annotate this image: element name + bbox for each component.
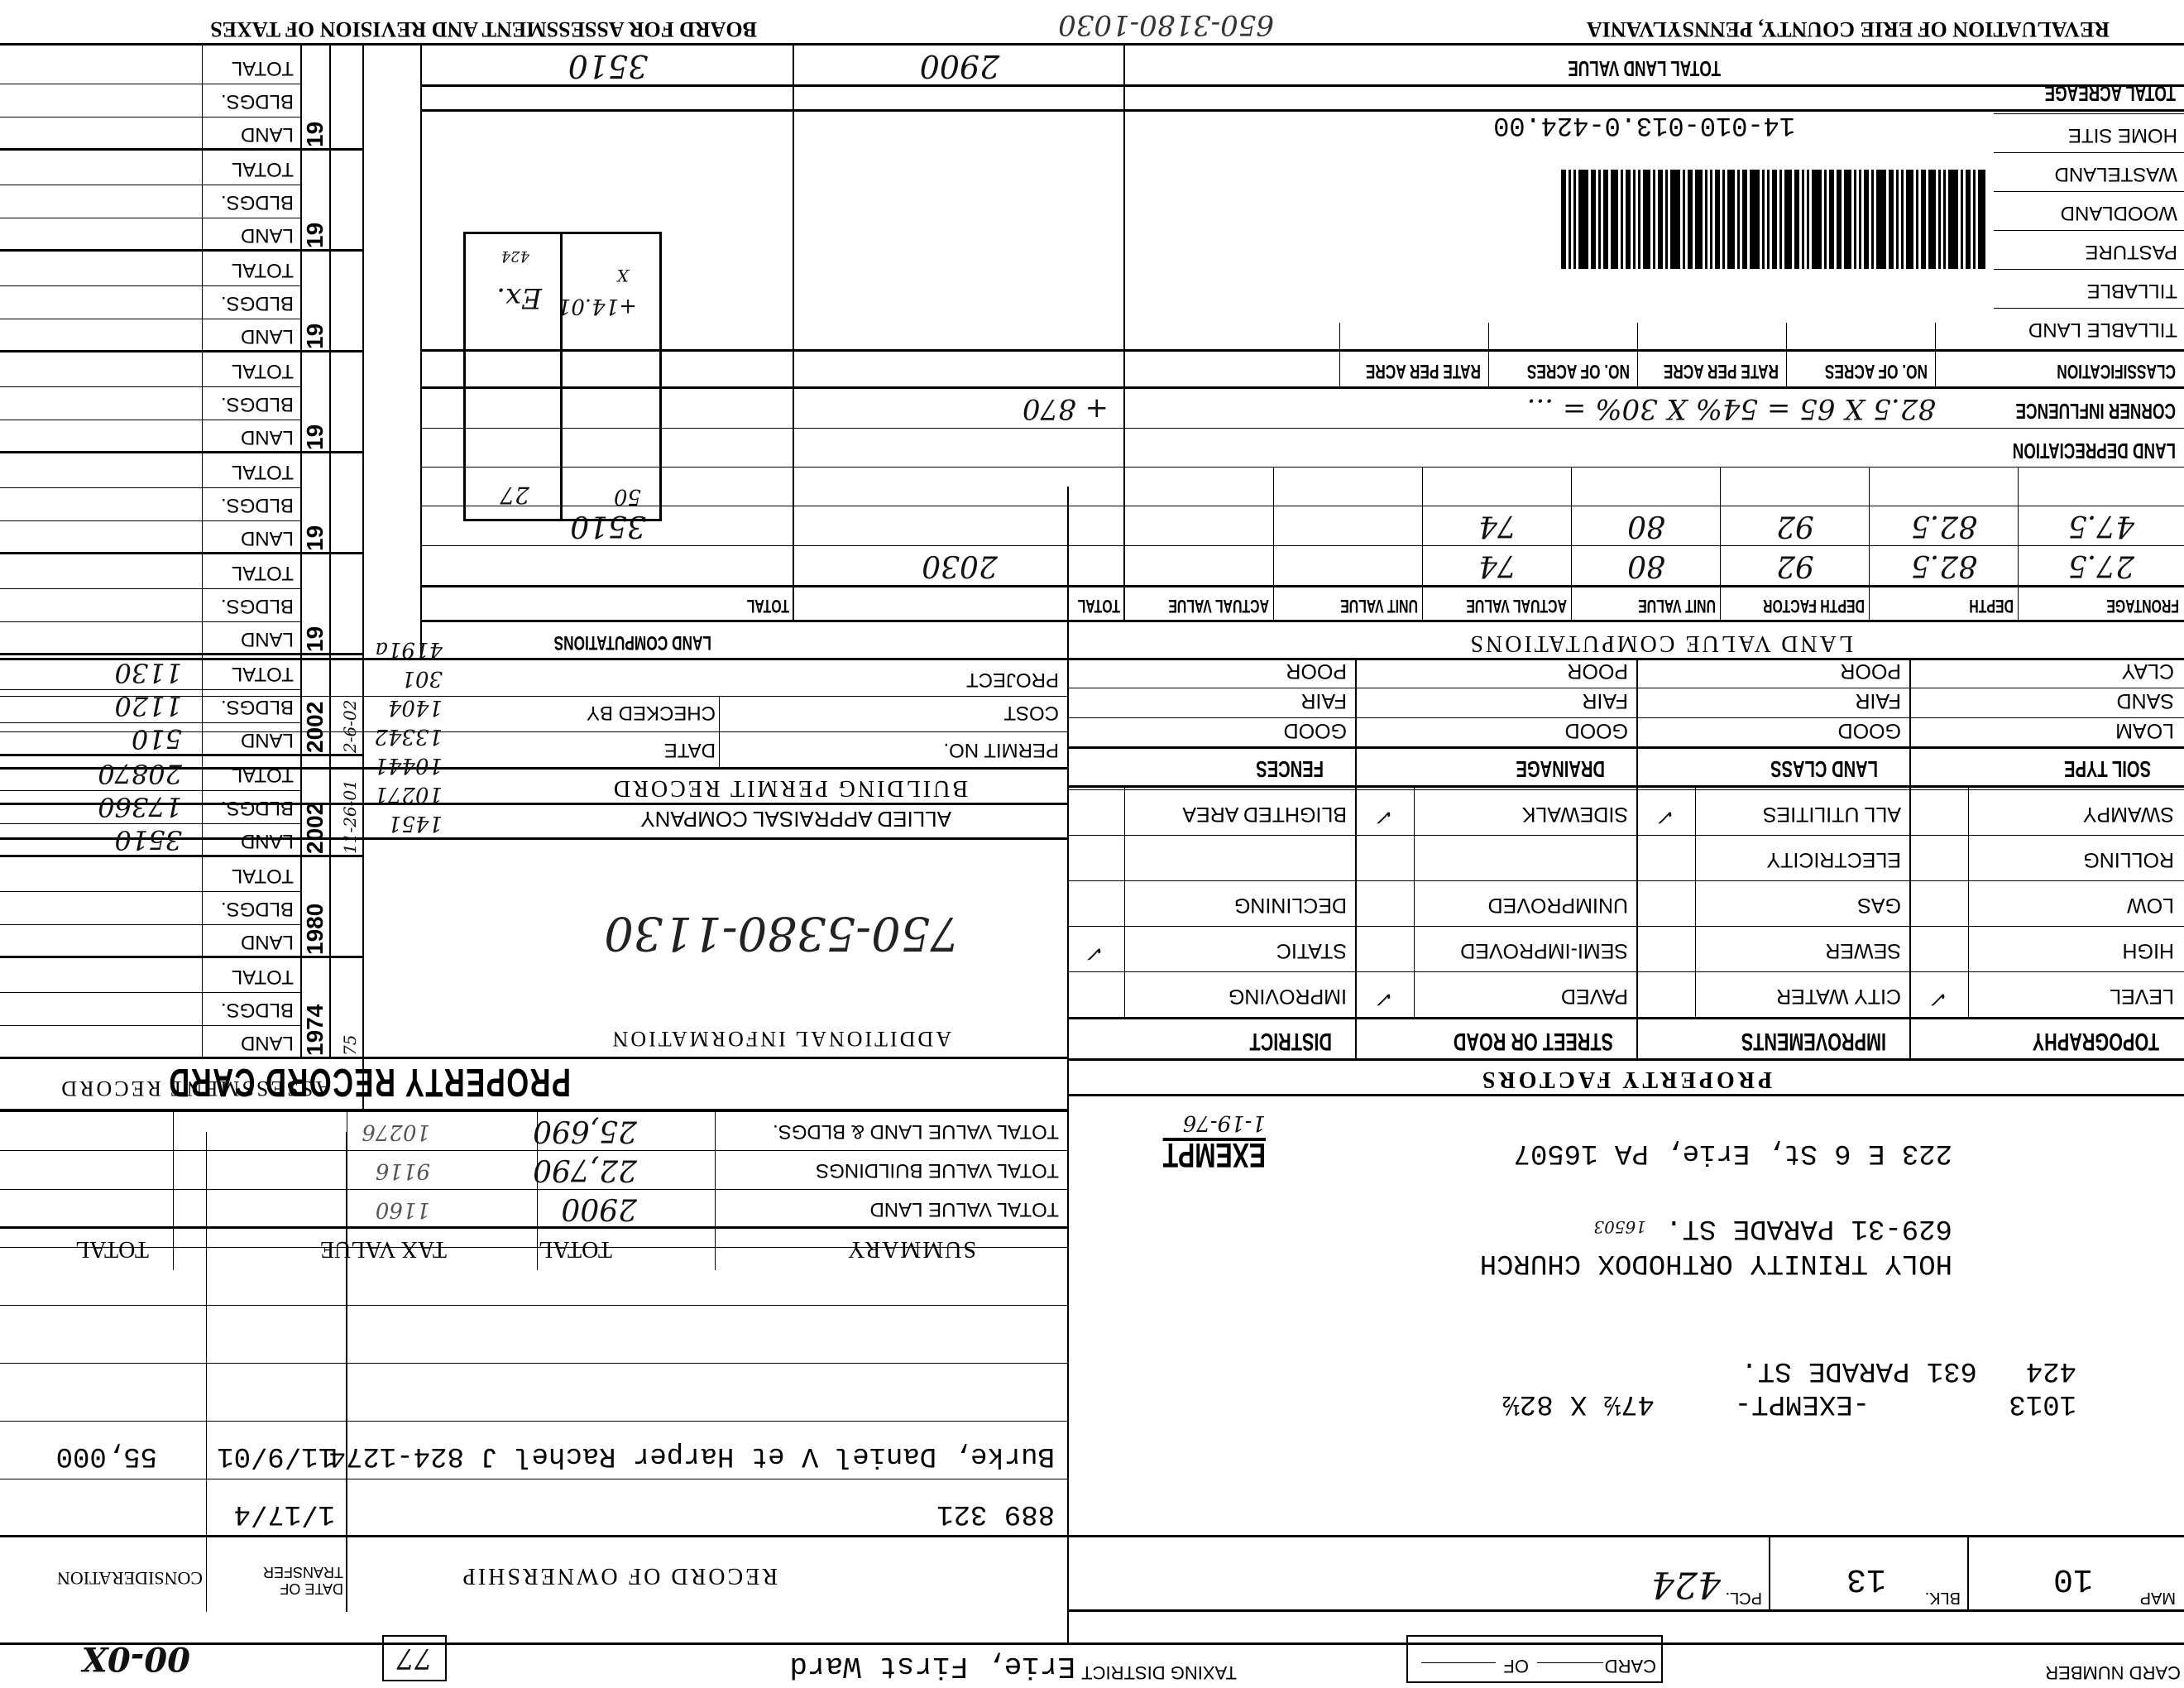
factor-option: IMPROVING [1228, 984, 1347, 1008]
assessment-row-label: BLDGS. [221, 291, 294, 314]
land-value-cell: 2030 [794, 549, 1125, 583]
barcode [1340, 153, 1985, 269]
assessment-row-label: LAND [241, 627, 294, 650]
class-col-header: CLASSIFICATION [2057, 359, 2176, 382]
factor-option: ALL UTILITIES [1763, 802, 1901, 826]
barcode-bar [1715, 170, 1720, 269]
factor-option: CLAY [2122, 659, 2174, 683]
factor-option: UNIMPROVED [1488, 893, 1628, 917]
factor-option: ROLLING [2083, 847, 2174, 871]
assessment-row-label: BLDGS. [221, 392, 294, 415]
assessment-row-label: LAND [241, 425, 294, 448]
barcode-bar [1871, 170, 1874, 269]
barcode-bar [1837, 170, 1842, 269]
assessment-row-label: LAND [241, 223, 294, 247]
assessment-row-label: TOTAL [232, 763, 294, 786]
barcode-bar [1569, 170, 1571, 269]
factor-col-header: LAND CLASS [1770, 755, 1878, 782]
summary-total-header-2: TOTAL [75, 1235, 149, 1262]
owner-address: 629-31 PARADE ST. [1665, 1212, 1952, 1244]
barcode-bar [1938, 170, 1941, 269]
barcode-bar [1762, 170, 1765, 269]
assessment-year: 1980 [302, 904, 328, 955]
assessment-row-label: TOTAL [232, 561, 294, 584]
assessment-year: 2002 [302, 803, 328, 854]
land-col-header: DEPTH [1865, 595, 2014, 616]
factor-option: FAIR [1300, 688, 1347, 712]
barcode-bar [1916, 170, 1918, 269]
permit-date-label: DATE [664, 738, 716, 761]
barcode-bar [1578, 170, 1588, 269]
summary-title: SUMMARY [846, 1235, 976, 1262]
permit-note: 1404 [388, 695, 443, 720]
assessment-row-label: BLDGS. [221, 190, 294, 213]
assessment-row-label: BLDGS. [221, 89, 294, 113]
factor-option: BLIGHTED AREA [1182, 802, 1347, 826]
board-title: BOARD FOR ASSESSMENT AND REVISION OF TAX… [210, 17, 757, 41]
factor-checkbox[interactable]: ✓ [1357, 804, 1415, 829]
factor-option: FAIR [1855, 688, 1901, 712]
card-label: CARD [1605, 1655, 1656, 1676]
factor-checkbox[interactable]: ✓ [1067, 941, 1125, 966]
map-label: MAP [2140, 1588, 2176, 1607]
factor-option: STATIC [1276, 938, 1347, 962]
assessment-row-label: BLDGS. [221, 695, 294, 718]
factor-option: GAS [1857, 893, 1901, 917]
land-col-header: UNIT VALUE [1567, 595, 1716, 616]
property-record-card: CARD NUMBER CARD OF TAXING DISTRICT Erie… [0, 0, 2184, 1688]
assessment-date: 2-6-02 [340, 700, 360, 753]
handwritten-ref: 650-3180-1030 [1058, 8, 1274, 41]
factor-option: CITY WATER [1776, 984, 1901, 1008]
barcode-bar [1896, 170, 1899, 269]
barcode-bar [1767, 170, 1770, 269]
assessment-year: 19 [302, 223, 328, 248]
summary-total: 22,790 [533, 1153, 637, 1187]
land-value-cell: 74 [1423, 549, 1572, 583]
exempt-date: 1-19-76 [1123, 1110, 1266, 1135]
assessment-row-label: LAND [241, 930, 294, 953]
total-land-value-1: 2900 [794, 48, 1125, 84]
corner-note: 00-0X [82, 1639, 190, 1678]
barcode-bar [1598, 170, 1601, 269]
land-col-header: TOTAL [789, 595, 1120, 616]
barcode-bar [1807, 170, 1809, 269]
land-value-cell: 80 [1572, 509, 1721, 543]
barcode-bar [1710, 170, 1712, 269]
summary-total: 2900 [561, 1192, 637, 1225]
ownership-consideration: 55,000 [56, 1440, 157, 1471]
blk-value: 13 [1846, 1560, 1886, 1597]
factor-option: HIGH [2123, 938, 2175, 962]
sketch-label: +14.01 [558, 294, 637, 319]
assessment-row-label: LAND [241, 526, 294, 549]
barcode-bar [1802, 170, 1804, 269]
boxed-mark-text: 77 [396, 1642, 432, 1675]
assessment-record-title: ASSESSMENT RECORD [59, 1076, 331, 1101]
parcel-code: 1013 [2009, 1388, 2076, 1419]
lot-dimensions: 47½ X 82½ [1502, 1388, 1655, 1419]
assessment-value: 1120 [115, 690, 182, 722]
corner-influence-value: 82.5 X 65 = 54% X 30% = ... [1527, 392, 1936, 425]
of-label: OF [1503, 1655, 1529, 1676]
factor-col-header: FENCES [1256, 755, 1324, 782]
summary-row-label: TOTAL VALUE BUILDINGS [816, 1158, 1059, 1182]
permit-note: 10271 [374, 782, 443, 807]
barcode-bar [1591, 170, 1596, 269]
land-col-header: ACTUAL VALUE [1418, 595, 1567, 616]
assessment-year: 1974 [302, 1005, 328, 1056]
ownership-owner: 889 321 [936, 1498, 1055, 1529]
ownership-date: 11/9/01 [217, 1440, 335, 1471]
barcode-bar [1626, 170, 1631, 269]
barcode-bar [1966, 170, 1971, 269]
barcode-bar [1859, 170, 1861, 269]
acreage-row-label: TILLABLE LAND [2028, 318, 2177, 341]
total-land-value-2: 3510 [422, 48, 794, 84]
barcode-bar [1943, 170, 1946, 269]
assessment-row-label: LAND [241, 324, 294, 348]
factor-option: SAND [2117, 688, 2174, 712]
barcode-bar [1658, 170, 1663, 269]
acreage-row-label: HOME SITE [2068, 123, 2177, 146]
factor-option: SIDEWALK [1522, 802, 1628, 826]
land-value-title: LAND VALUE COMPUTATIONS [1468, 630, 1853, 656]
factor-checkbox[interactable]: ✓ [1638, 804, 1696, 829]
permit-no-label: PERMIT NO. [943, 738, 1059, 761]
summary-tax-value: 1160 [376, 1197, 430, 1222]
assessment-row-label: BLDGS. [221, 796, 294, 819]
barcode-bar [1573, 170, 1576, 269]
summary-row-label: TOTAL VALUE LAND [869, 1197, 1059, 1220]
assessment-row-label: LAND [241, 829, 294, 852]
factor-option: GOOD [1838, 718, 1901, 742]
barcode-bar [1901, 170, 1904, 269]
county-title: REVALUATION OF ERIE COUNTY, PENNSYLVANIA [1587, 17, 2110, 41]
land-value-cell: 82.5 [1870, 509, 2019, 543]
barcode-bar [1683, 170, 1685, 269]
barcode-bar [1621, 170, 1623, 269]
barcode-bar [1921, 170, 1926, 269]
assessment-date: 11-26-01 [340, 779, 360, 854]
factor-col-header: IMPROVEMENTS [1741, 1027, 1886, 1055]
land-value-cell: 82.5 [1870, 549, 2019, 583]
barcode-bar [1705, 170, 1707, 269]
card-of-box: CARD OF [1406, 1635, 1663, 1683]
factor-option: GOOD [1565, 718, 1628, 742]
sketch-label: Ex. [496, 281, 542, 314]
assessment-row-label: LAND [241, 1031, 294, 1054]
barcode-bar [1737, 170, 1740, 269]
summary-tax-value: 10276 [362, 1120, 430, 1144]
land-col-header: DEPTH FACTOR [1716, 595, 1865, 616]
assessment-row-label: BLDGS. [221, 998, 294, 1021]
land-value-cell: 80 [1572, 549, 1721, 583]
class-col-header: RATE PER ACRE [1366, 359, 1481, 382]
barcode-bar [1633, 170, 1636, 269]
barcode-bar [1695, 170, 1703, 269]
factor-option: SEWER [1825, 938, 1901, 962]
assessment-value: 20870 [98, 758, 182, 789]
barcode-bar [1643, 170, 1650, 269]
sketch-label: X [617, 266, 629, 285]
sketch-label: 27 [500, 482, 529, 509]
barcode-bar [1784, 170, 1792, 269]
parcel-number: 424 [2026, 1355, 2076, 1386]
barcode-bar [1727, 170, 1735, 269]
acreage-row-label: WOODLAND [2061, 201, 2177, 224]
additional-info-note: 750-5380-1130 [604, 906, 960, 960]
property-address: 631 PARADE ST. [1741, 1355, 1977, 1386]
factor-option: GOOD [1284, 718, 1347, 742]
barcode-bar [1889, 170, 1894, 269]
acreage-row-label: WASTELAND [2055, 162, 2177, 185]
factor-option: LOAM [2115, 718, 2174, 742]
assessment-year: 19 [302, 525, 328, 551]
acreage-row-label: PASTURE [2085, 240, 2177, 263]
exempt-stamp-text: EXEMPT [1163, 1135, 1266, 1175]
factor-option: LOW [2127, 893, 2174, 917]
owner-name: HOLY TRINITY ORTHODOX CHURCH [1480, 1247, 1952, 1278]
acreage-row-label: TILLABLE [2087, 279, 2177, 302]
permit-note: 4191a [375, 637, 443, 662]
land-depreciation-label: LAND DEPRECIATION [2013, 438, 2176, 463]
barcode-bar [1948, 170, 1958, 269]
assessment-row-label: BLDGS. [221, 493, 294, 516]
pcl-label: PCL. [1726, 1588, 1762, 1607]
project-label: PROJECT [966, 668, 1059, 691]
date-of-transfer-label: DATE OF TRANSFER [211, 1564, 343, 1597]
barcode-bar [1928, 170, 1936, 269]
assessment-year: 19 [302, 626, 328, 652]
map-value: 10 [2053, 1560, 2093, 1597]
barcode-bar [1961, 170, 1963, 269]
land-value-cell: 92 [1721, 549, 1870, 583]
factor-option: POOR [1567, 659, 1628, 683]
barcode-bar [1973, 170, 1976, 269]
cost-label: COST [1003, 701, 1059, 724]
boxed-mark: 77 [382, 1635, 447, 1681]
barcode-bar [1638, 170, 1640, 269]
owner-zip: 16503 [1593, 1217, 1646, 1237]
assessment-row-label: TOTAL [232, 965, 294, 988]
factor-option: SEMI-IMPROVED [1460, 938, 1628, 962]
barcode-bar [1854, 170, 1856, 269]
summary-row-label: TOTAL VALUE LAND & BLDGS. [773, 1120, 1059, 1143]
barcode-bar [1794, 170, 1799, 269]
class-col-header: RATE PER ACRE [1664, 359, 1779, 382]
barcode-bar [1864, 170, 1869, 269]
assessment-row-label: BLDGS. [221, 897, 294, 920]
blk-label: BLK. [1925, 1588, 1961, 1607]
assessment-row-label: TOTAL [232, 56, 294, 79]
barcode-bar [1688, 170, 1693, 269]
ownership-title: RECORD OF OWNERSHIP [460, 1562, 778, 1589]
factor-option: ELECTRICITY [1766, 847, 1901, 871]
factor-option: POOR [1286, 659, 1347, 683]
assessment-year: 19 [302, 424, 328, 450]
barcode-bar [1779, 170, 1782, 269]
sketch-label: 424 [501, 247, 529, 265]
property-factors-title: PROPERTY FACTORS [1067, 1066, 2184, 1092]
barcode-bar [1603, 170, 1608, 269]
barcode-bar [1665, 170, 1668, 269]
barcode-bar [1611, 170, 1618, 269]
land-value-cell: 74 [1423, 509, 1572, 543]
assessment-row-label: TOTAL [232, 359, 294, 382]
factor-checkbox[interactable]: ✓ [1357, 986, 1415, 1011]
factor-col-header: STREET OR ROAD [1454, 1027, 1613, 1055]
assessment-year: 19 [302, 324, 328, 349]
factor-option: FAIR [1582, 688, 1628, 712]
summary-tax-value: 9116 [376, 1158, 430, 1183]
assessment-value: 3510 [115, 824, 182, 856]
assessment-row-label: LAND [241, 122, 294, 146]
barcode-bar [1653, 170, 1655, 269]
factor-option: SWAMPY [2083, 802, 2174, 826]
additional-info-title: ADDITIONAL INFORMATION [611, 1026, 951, 1051]
permit-note: 10441 [374, 753, 443, 778]
factor-checkbox[interactable]: ✓ [1911, 986, 1969, 1011]
lot-sketch [463, 232, 662, 521]
factor-col-header: SOIL TYPE [2064, 755, 2151, 782]
barcode-bar [1812, 170, 1822, 269]
exempt-stamp: EXEMPT 1-19-76 [1123, 1110, 1266, 1175]
factor-col-header: TOPOGRAPHY [2033, 1027, 2159, 1055]
summary-total-header: TOTAL [539, 1235, 612, 1262]
assessment-row-label: TOTAL [232, 460, 294, 483]
corner-influence-label: CORNER INFLUENCE [2016, 398, 2176, 424]
land-col-header: FRONTAGE [2014, 595, 2179, 616]
assessment-row-label: TOTAL [232, 864, 294, 887]
assessment-row-label: BLDGS. [221, 594, 294, 617]
assessment-row-label: TOTAL [232, 258, 294, 281]
barcode-bar [1829, 170, 1834, 269]
land-computations-title: LAND COMPUTATIONS [554, 631, 711, 654]
barcode-bar [1742, 170, 1747, 269]
assessment-year: 19 [302, 122, 328, 147]
permit-note: 1451 [388, 811, 443, 836]
permit-note: 301 [401, 666, 443, 691]
card-number-label: CARD NUMBER [2048, 1647, 2181, 1681]
barcode-bar [1772, 170, 1777, 269]
land-col-header: TOTAL [417, 595, 789, 616]
assessment-value: 1130 [115, 657, 182, 688]
land-col-header: ACTUAL VALUE [1120, 595, 1269, 616]
factor-col-header: DISTRICT [1249, 1027, 1332, 1055]
exempt-status: -EXEMPT- [1735, 1388, 1870, 1419]
land-value-cell: 92 [1721, 509, 1870, 543]
building-permit-title: BUILDING PERMIT RECORD [611, 774, 968, 801]
barcode-bar [1906, 170, 1913, 269]
barcode-bar [1750, 170, 1760, 269]
assessment-row-label: TOTAL [232, 662, 294, 685]
summary-tax-header: TAX VALUE [320, 1235, 447, 1262]
permit-note: 13342 [374, 724, 443, 749]
taxing-district-value: Erie, First Ward [789, 1649, 1075, 1683]
barcode-bar [1844, 170, 1851, 269]
assessment-row-label: LAND [241, 728, 294, 751]
assessment-row-label: TOTAL [232, 157, 294, 180]
land-value-cell: 47.5 [2019, 509, 2184, 543]
consideration-label: CONSIDERATION [57, 1567, 203, 1589]
factor-option: DECLINING [1234, 893, 1347, 917]
pcl-value: 424 [1651, 1563, 1721, 1605]
total-land-value-label: TOTAL LAND VALUE [1568, 55, 1721, 81]
barcode-bar [1978, 170, 1985, 269]
land-col-header: UNIT VALUE [1269, 595, 1418, 616]
corner-influence-total: + 870 [1023, 392, 1109, 425]
barcode-bar [1824, 170, 1827, 269]
barcode-bar [1722, 170, 1725, 269]
barcode-bar [1876, 170, 1886, 269]
barcode-text: 14-010-013.0-424.00 [1493, 110, 1795, 141]
sketch-label: 50 [614, 484, 641, 509]
assessment-value: 17360 [98, 791, 182, 822]
barcode-bar [1670, 170, 1680, 269]
ownership-date: 1/17/4 [234, 1498, 335, 1529]
factor-option: POOR [1840, 659, 1901, 683]
assessment-value: 510 [132, 723, 182, 755]
factor-option: LEVEL [2110, 984, 2174, 1008]
taxing-district-label: TAXING DISTRICT [1129, 1663, 1237, 1681]
ownership-owner: Burke, Daniel V et Harper Rachel J 824-1… [329, 1440, 1055, 1471]
class-col-header: NO. OF ACRES [1527, 359, 1630, 382]
allied-appraisal-label: ALLIED APPRAISAL COMPANY [640, 806, 951, 832]
factor-option: PAVED [1561, 984, 1628, 1008]
checked-by-label: CHECKED BY [587, 701, 716, 724]
land-value-cell: 27.5 [2019, 549, 2184, 583]
mailing-address: 223 E 6 St, Erie, PA 16507 [1514, 1137, 1953, 1168]
assessment-year: 2002 [302, 702, 328, 753]
barcode-bar [1561, 170, 1566, 269]
assessment-date: 75 [340, 1035, 360, 1056]
summary-total: 25,690 [533, 1114, 637, 1148]
class-col-header: NO. OF ACRES [1825, 359, 1928, 382]
factor-col-header: DRAINAGE [1516, 755, 1605, 782]
card-number-text: CARD NUMBER [2048, 1663, 2181, 1681]
